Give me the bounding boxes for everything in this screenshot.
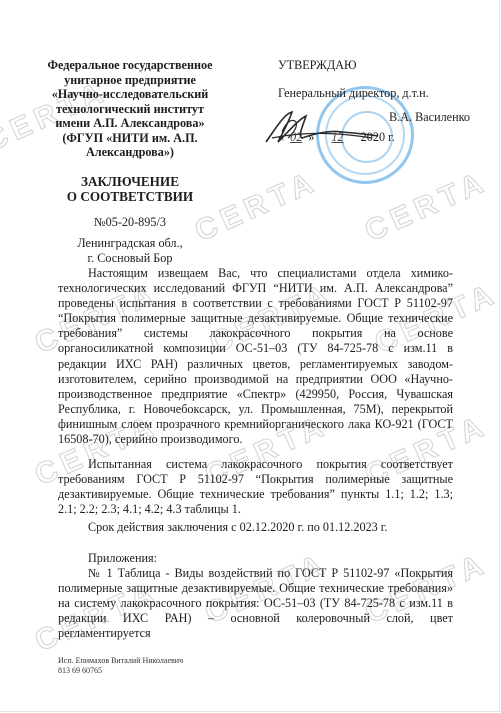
executor-name: Исп. Епимахов Виталий Николаевич (58, 656, 183, 666)
approval-block: УТВЕРЖДАЮ Генеральный директор, д.т.н. В… (278, 58, 478, 144)
place-line: г. Сосновый Бор (40, 251, 220, 266)
org-line: технологический институт (40, 102, 220, 117)
director-position: Генеральный директор, д.т.н. (278, 86, 478, 100)
paragraph: Настоящим извещаем Вас, что специалистам… (58, 266, 453, 447)
approval-date: «02» 12 2020 г. (278, 130, 478, 144)
paragraph: Срок действия заключения с 02.12.2020 г.… (58, 520, 453, 535)
executor-footer: Исп. Епимахов Виталий Николаевич 813 69 … (58, 656, 183, 676)
document-place: Ленинградская обл., г. Сосновый Бор (40, 236, 220, 266)
signer-name: В.А. Василенко (278, 110, 478, 124)
document-title: ЗАКЛЮЧЕНИЕ О СООТВЕТСТВИИ (40, 174, 220, 204)
date-year: 2020 г. (361, 130, 395, 144)
document-body: Настоящим извещаем Вас, что специалистам… (58, 266, 453, 641)
date-month: 12 (317, 130, 357, 144)
date-quote: » (308, 130, 314, 144)
title-line: ЗАКЛЮЧЕНИЕ (40, 174, 220, 189)
executor-phone: 813 69 60765 (58, 666, 183, 676)
paragraph: Испытанная система лакокрасочного покрыт… (58, 457, 453, 517)
title-line: О СООТВЕТСТВИИ (40, 189, 220, 204)
appendix-label: Приложения: (58, 551, 453, 566)
date-day: 02 (284, 130, 308, 144)
approve-label: УТВЕРЖДАЮ (278, 58, 478, 72)
org-line: (ФГУП «НИТИ им. А.П. (40, 131, 220, 146)
place-line: Ленинградская обл., (40, 236, 220, 251)
organization-header: Федеральное государственное унитарное пр… (40, 58, 220, 160)
document-page: CERTA CERTA CERTA CERTA CERTA CERTA CERT… (0, 0, 500, 712)
appendix-item: № 1 Таблица - Виды воздействий по ГОСТ Р… (58, 566, 453, 641)
document-number: №05-20-895/3 (40, 215, 220, 230)
org-line: «Научно-исследовательский (40, 87, 220, 102)
org-line: Федеральное государственное (40, 58, 220, 73)
org-line: Александрова») (40, 145, 220, 160)
org-line: имени А.П. Александрова» (40, 116, 220, 131)
org-line: унитарное предприятие (40, 73, 220, 88)
